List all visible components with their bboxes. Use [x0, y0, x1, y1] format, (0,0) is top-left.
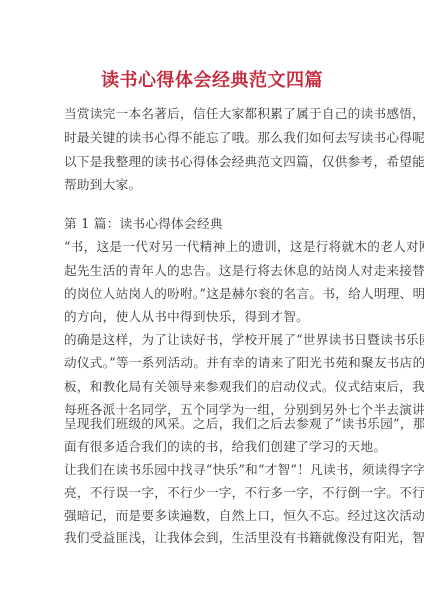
paragraph-line: 以下是我整理的读书心得体会经典范文四篇，仅供参考，希望能够 — [64, 154, 364, 170]
paragraph-line: 我们受益匪浅，让我体会到，生活里没有书籍就像没有阳光，智境 — [64, 530, 364, 546]
paragraph-line: 当赏读完一本名著后，信任大家都积累了属于自己的读书感悟，这 — [64, 106, 364, 122]
paragraph-line: 帮助到大家。 — [64, 177, 364, 193]
document-page: 读书心得体会经典范文四篇 当赏读完一本名著后，信任大家都积累了属于自己的读书感悟… — [0, 0, 424, 600]
document-title: 读书心得体会经典范文四篇 — [0, 66, 424, 92]
section-heading: 第 1 篇：读书心得体会经典 — [64, 216, 364, 232]
paragraph-line: 的岗位人站岗人的吩咐。”这是赫尔衮的名言。书，给人明理、明智 — [64, 286, 364, 302]
paragraph-line: 亮，不行误一字，不行少一字，不行多一字，不行倒一字。不行牵 — [64, 485, 364, 501]
paragraph-line: 面有很多适合我们的读的书，给我们创建了学习的天地。 — [64, 439, 364, 455]
paragraph-line: 板，和教化局有关领导来参观我们的启动仪式。仪式结束后，我们 — [64, 379, 364, 395]
paragraph-line: 让我们在读书乐园中找寻“快乐”和“才智”！凡读书，须读得字字洪 — [64, 462, 364, 478]
paragraph-line: “书，这是一代对另一代精神上的遗训，这是行将就木的老人对刚刚 — [64, 239, 364, 255]
paragraph-line: 的方向，使人从书中得到快乐，得到才智。 — [64, 309, 364, 325]
paragraph-line: 动仪式。”等一系列活动。并有幸的请来了阳光书苑和聚友书店的老 — [64, 355, 364, 371]
paragraph-line: 呈现我们班级的风采。之后，我们之后去参观了“读书乐园”，那里 — [64, 416, 364, 432]
paragraph-line: 强暗记，而是要多读遍数，自然上口，恒久不忘。经过这次活动， — [64, 508, 364, 524]
paragraph-line: 时最关键的读书心得不能忘了哦。那么我们如何去写读书心得呢。 — [64, 130, 364, 146]
paragraph-line: 起先生活的青年人的忠告。这是行将去休息的站岗人对走来接替他 — [64, 263, 364, 279]
paragraph-line: 的确是这样，为了让读好书，学校开展了“世界读书日暨读书乐园启 — [64, 332, 364, 348]
